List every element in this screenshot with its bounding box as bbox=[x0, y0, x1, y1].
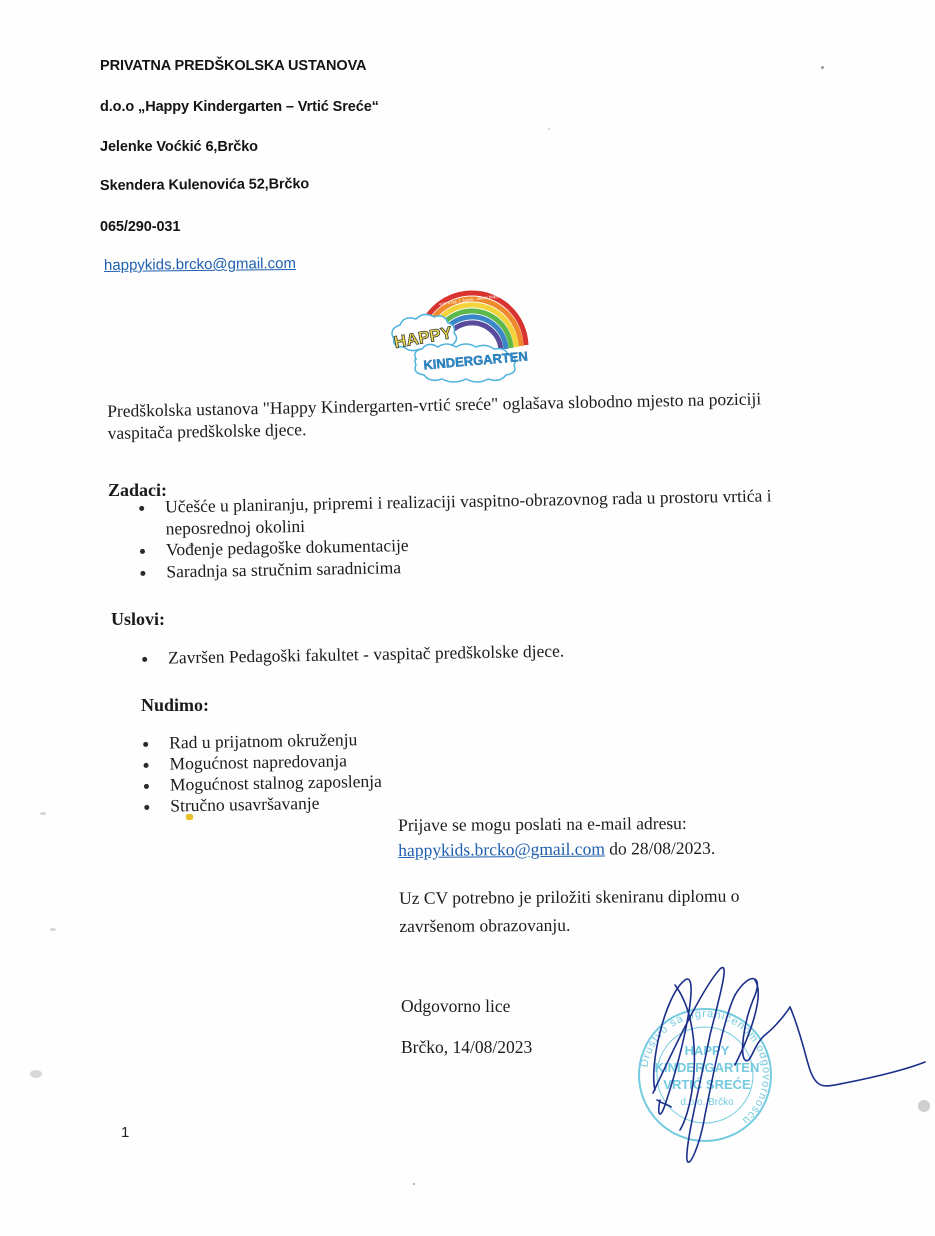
svg-text:KINDERGARTEN: KINDERGARTEN bbox=[655, 1060, 760, 1075]
document-page: PRIVATNA PREDŠKOLSKA USTANOVA d.o.o „Hap… bbox=[0, 0, 935, 1236]
deadline-text: do 28/08/2023. bbox=[605, 838, 715, 859]
bullet-icon bbox=[143, 742, 148, 747]
cv-note: Uz CV potrebno je priložiti skeniranu di… bbox=[399, 882, 740, 940]
nudimo-list: Rad u prijatnom okruženju Mogućnost napr… bbox=[141, 729, 382, 817]
header-email-link[interactable]: happykids.brcko@gmail.com bbox=[104, 255, 296, 274]
stamp-and-signature: Društvo sa ograničenom odgovornošću HAPP… bbox=[625, 955, 935, 1170]
nudimo-title: Nudimo: bbox=[141, 695, 209, 716]
list-item: Završen Pedagoški fakultet - vaspitač pr… bbox=[140, 641, 564, 670]
uslovi-title: Uslovi: bbox=[111, 609, 165, 630]
scan-speck bbox=[918, 1100, 930, 1112]
phone-number: 065/290-031 bbox=[100, 219, 180, 235]
application-line-2: happykids.brcko@gmail.com do 28/08/2023. bbox=[398, 836, 715, 863]
bullet-icon bbox=[140, 549, 145, 554]
company-name: d.o.o „Happy Kindergarten – Vrtić Sreće“ bbox=[100, 99, 379, 115]
bullet-icon bbox=[144, 763, 149, 768]
institution-type: PRIVATNA PREDŠKOLSKA USTANOVA bbox=[100, 58, 366, 74]
company-stamp-icon: Društvo sa ograničenom odgovornošću HAPP… bbox=[638, 1008, 772, 1141]
scan-speck bbox=[30, 1070, 42, 1078]
address-2: Skendera Kulenovića 52,Brčko bbox=[100, 176, 309, 194]
responsible-person: Odgovorno lice bbox=[401, 996, 510, 1017]
bullet-icon bbox=[144, 805, 149, 810]
page-number: 1 bbox=[121, 1124, 129, 1141]
intro-paragraph: Predškolska ustanova "Happy Kindergarten… bbox=[107, 387, 762, 444]
scan-speck bbox=[186, 814, 193, 820]
address-1: Jelenke Voćkić 6,Brčko bbox=[100, 139, 258, 155]
scan-speck bbox=[50, 928, 56, 931]
scan-speck bbox=[821, 66, 824, 69]
scan-speck bbox=[548, 128, 550, 130]
handwritten-signature-icon bbox=[653, 968, 925, 1163]
uslovi-list: Završen Pedagoški fakultet - vaspitač pr… bbox=[140, 641, 564, 670]
happy-kindergarten-logo: von 4 bis 7 Jahre - ulime happnik HAPPY … bbox=[386, 287, 556, 387]
zadaci-list: Učešće u planiranju, pripremi i realizac… bbox=[137, 485, 773, 583]
bullet-icon bbox=[140, 570, 145, 575]
application-line-1: Prijave se mogu poslati na e-mail adresu… bbox=[398, 811, 715, 838]
svg-text:VRTIĆ SREĆE: VRTIĆ SREĆE bbox=[663, 1077, 751, 1092]
scan-speck bbox=[413, 1183, 415, 1185]
application-email-link[interactable]: happykids.brcko@gmail.com bbox=[398, 839, 605, 860]
bullet-icon bbox=[144, 784, 149, 789]
bullet-icon bbox=[139, 506, 144, 511]
list-item: Stručno usavršavanje bbox=[142, 792, 382, 817]
bullet-icon bbox=[142, 657, 147, 662]
place-and-date: Brčko, 14/08/2023 bbox=[401, 1037, 532, 1058]
application-info: Prijave se mogu poslati na e-mail adresu… bbox=[398, 811, 715, 863]
scan-speck bbox=[40, 812, 46, 815]
